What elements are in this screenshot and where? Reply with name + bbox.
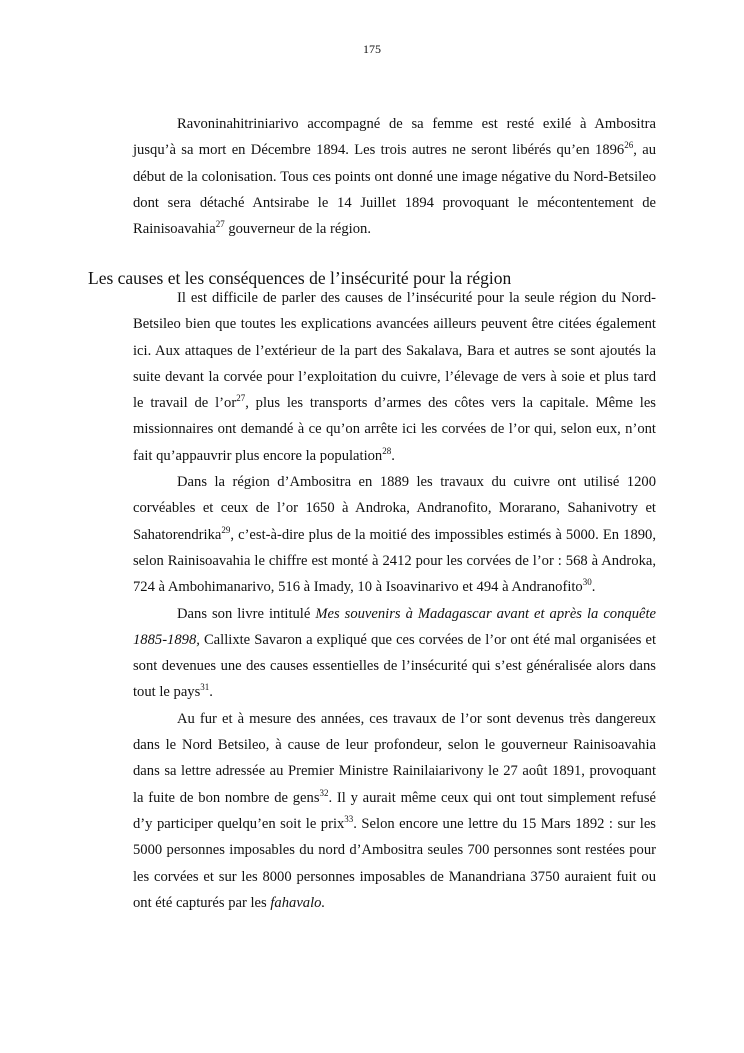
- footnote-ref: 26: [624, 140, 633, 150]
- section-body: Il est difficile de parler des causes de…: [133, 285, 656, 916]
- paragraph-ambositra-1889: Dans la région d’Ambositra en 1889 les t…: [133, 469, 656, 600]
- footnote-ref: 27: [216, 219, 225, 229]
- page-number: 175: [0, 42, 744, 57]
- intro-block: Ravoninahitriniarivo accompagné de sa fe…: [133, 111, 656, 242]
- footnote-ref: 29: [221, 525, 230, 535]
- footnote-ref: 31: [200, 682, 209, 692]
- paragraph-dangerous-works: Au fur et à mesure des années, ces trava…: [133, 706, 656, 916]
- footnote-ref: 28: [382, 446, 391, 456]
- paragraph-causes: Il est difficile de parler des causes de…: [133, 285, 656, 469]
- footnote-ref: 30: [583, 577, 592, 587]
- italic-text: Mes souvenirs à Madagascar avant et aprè…: [133, 606, 656, 648]
- paragraph-savaron: Dans son livre intitulé Mes souvenirs à …: [133, 601, 656, 706]
- footnote-ref: 33: [344, 814, 353, 824]
- italic-text: fahavalo.: [270, 895, 325, 911]
- footnote-ref: 27: [236, 393, 245, 403]
- intro-paragraph: Ravoninahitriniarivo accompagné de sa fe…: [133, 111, 656, 242]
- footnote-ref: 32: [320, 788, 329, 798]
